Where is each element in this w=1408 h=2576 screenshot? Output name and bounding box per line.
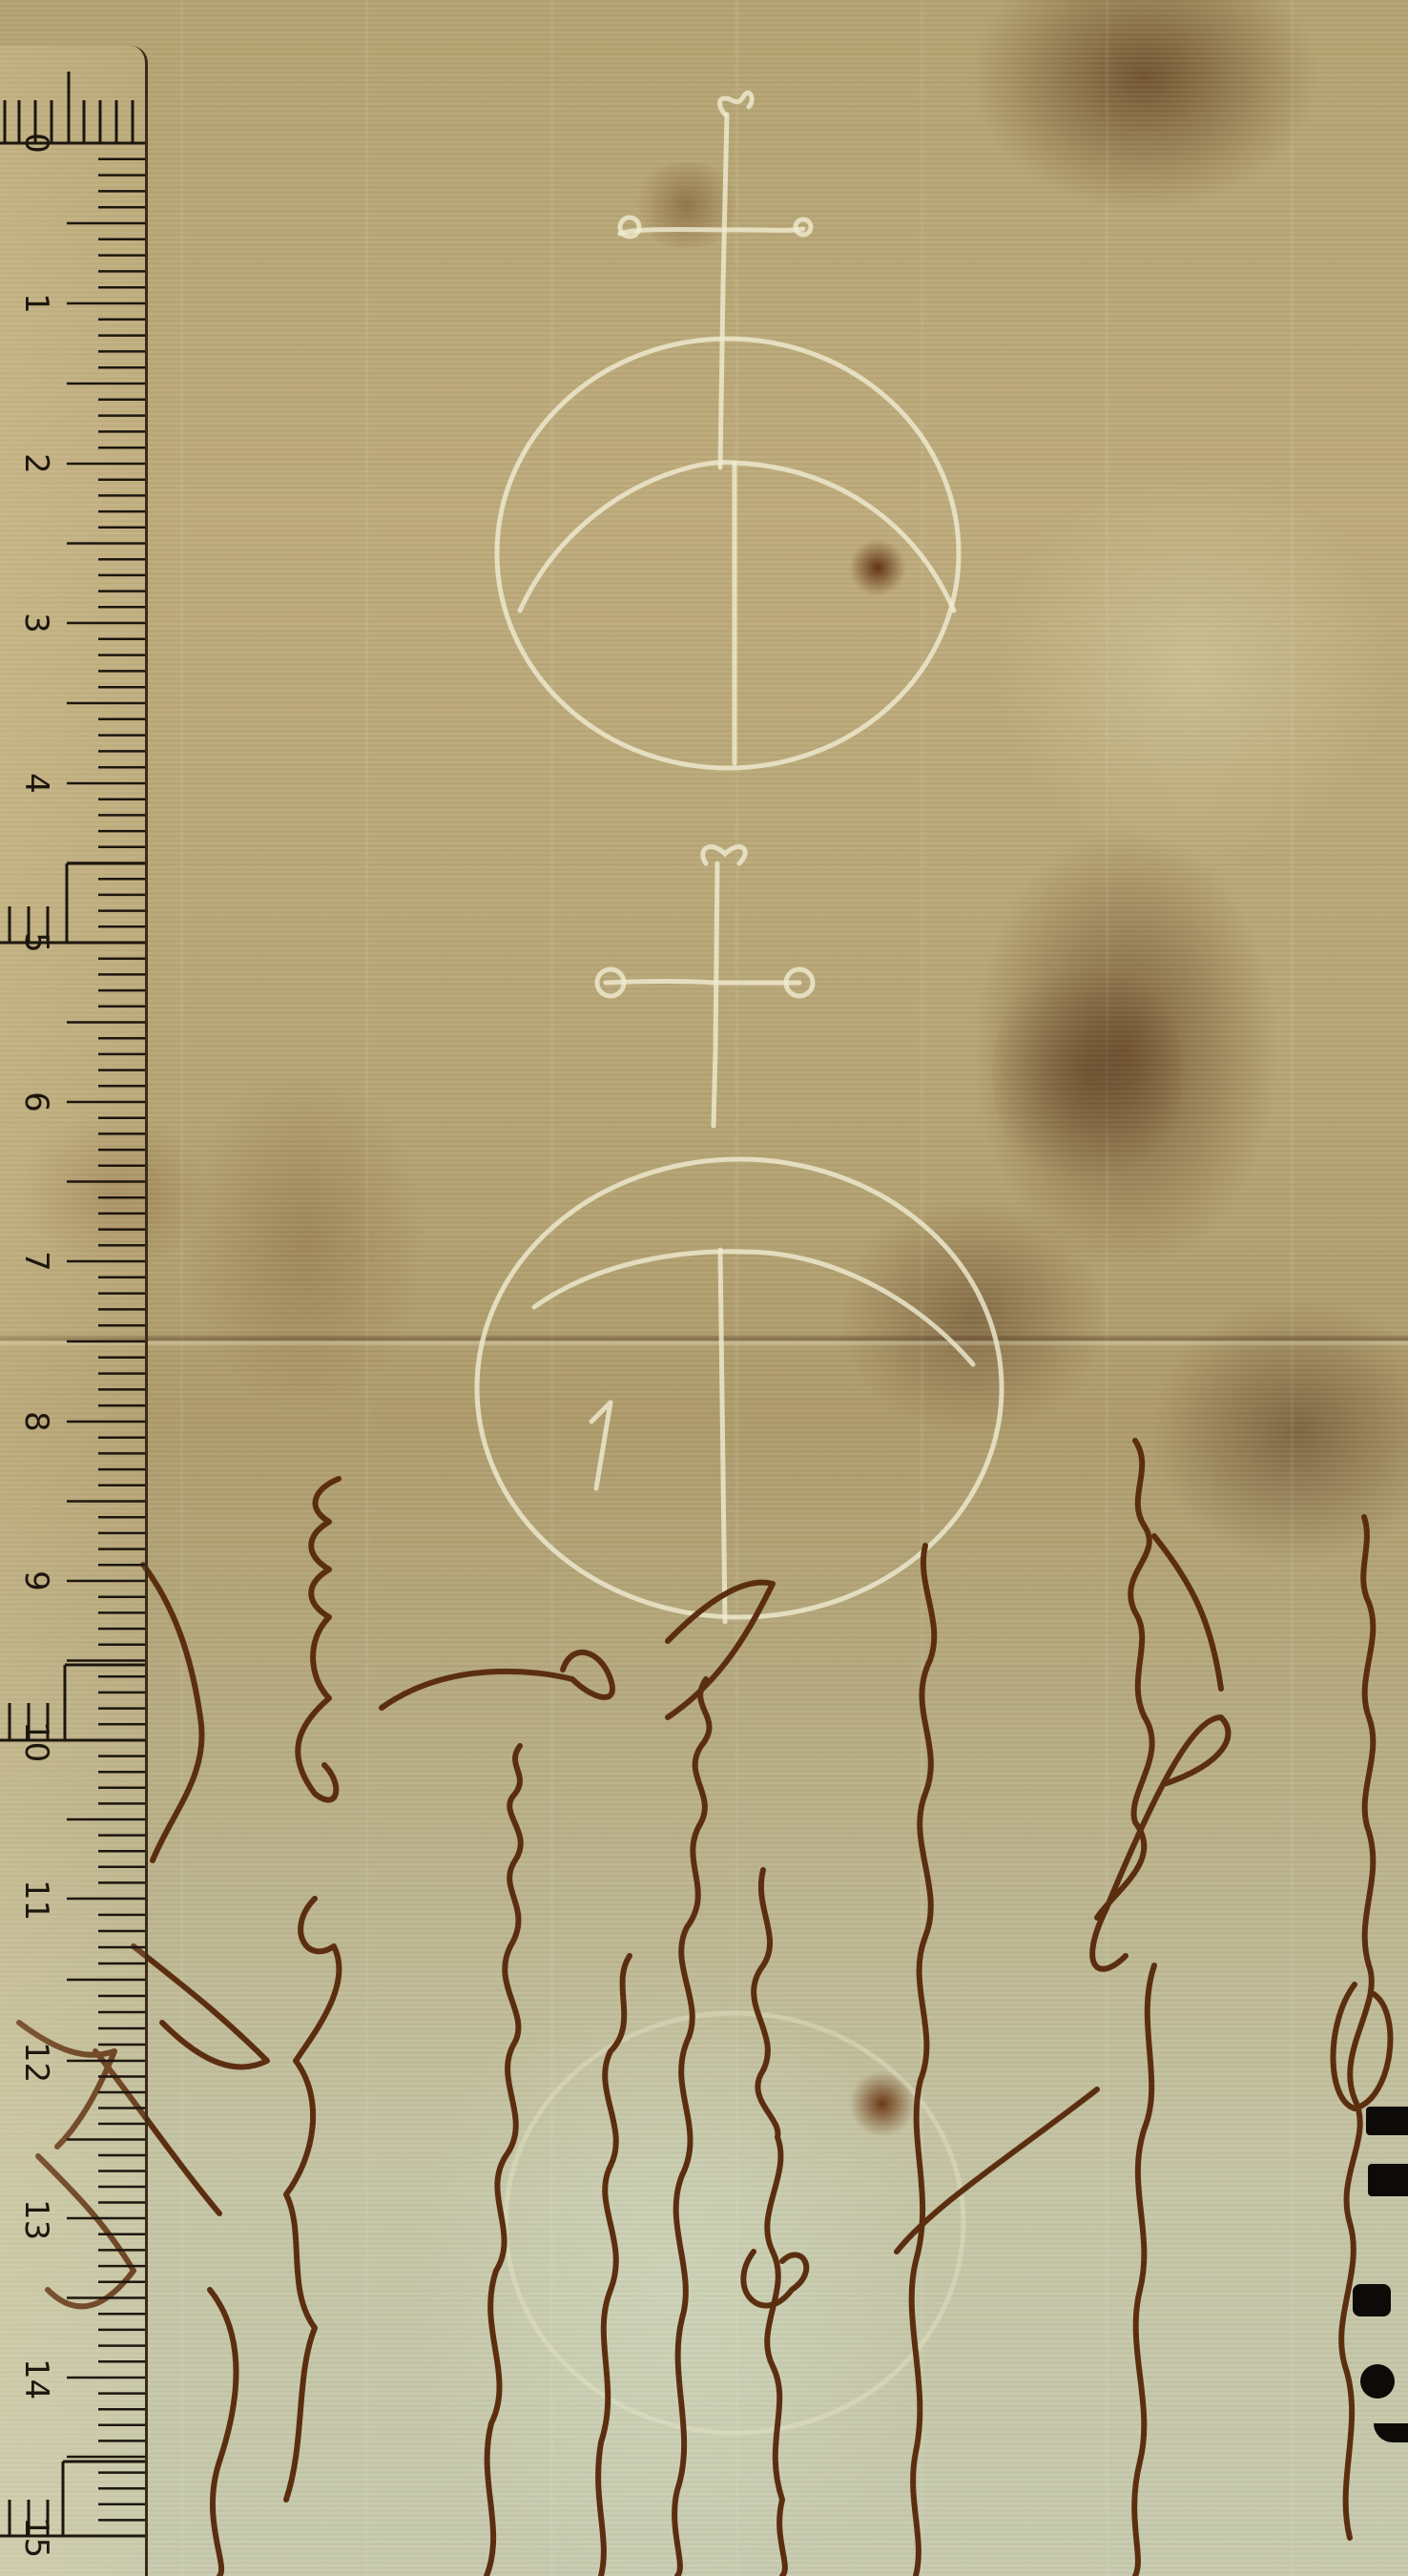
ruler-label-8: 8 bbox=[17, 1402, 55, 1441]
ruler-label-2: 2 bbox=[17, 445, 55, 483]
handwritten-script bbox=[19, 1441, 1390, 2576]
ruler-label-13: 13 bbox=[17, 2199, 55, 2237]
ruler-label-0: 0 bbox=[17, 124, 55, 162]
ruler-label-14: 14 bbox=[17, 2358, 55, 2397]
ruler-label-12: 12 bbox=[17, 2042, 55, 2080]
ruler-label-6: 6 bbox=[17, 1083, 55, 1121]
watermark-and-script bbox=[0, 0, 1408, 2576]
printed-glyph bbox=[1353, 2284, 1391, 2316]
ruler-label-3: 3 bbox=[17, 604, 55, 642]
ruler-ticks bbox=[0, 46, 148, 2576]
printed-glyph bbox=[1360, 2364, 1395, 2399]
ruler-label-11: 11 bbox=[17, 1880, 55, 1918]
printed-glyph bbox=[1368, 2164, 1408, 2196]
document-photo: 0123456789101112131415 bbox=[0, 0, 1408, 2576]
ruler-label-7: 7 bbox=[17, 1242, 55, 1280]
ruler-label-4: 4 bbox=[17, 764, 55, 802]
ruler-label-10: 10 bbox=[17, 1721, 55, 1759]
ruler-label-15: 15 bbox=[17, 2517, 55, 2555]
ruler-label-1: 1 bbox=[17, 284, 55, 322]
measuring-ruler: 0123456789101112131415 bbox=[0, 46, 148, 2576]
ruler-label-5: 5 bbox=[17, 924, 55, 962]
printed-glyph bbox=[1366, 2107, 1408, 2135]
ruler-label-9: 9 bbox=[17, 1562, 55, 1600]
